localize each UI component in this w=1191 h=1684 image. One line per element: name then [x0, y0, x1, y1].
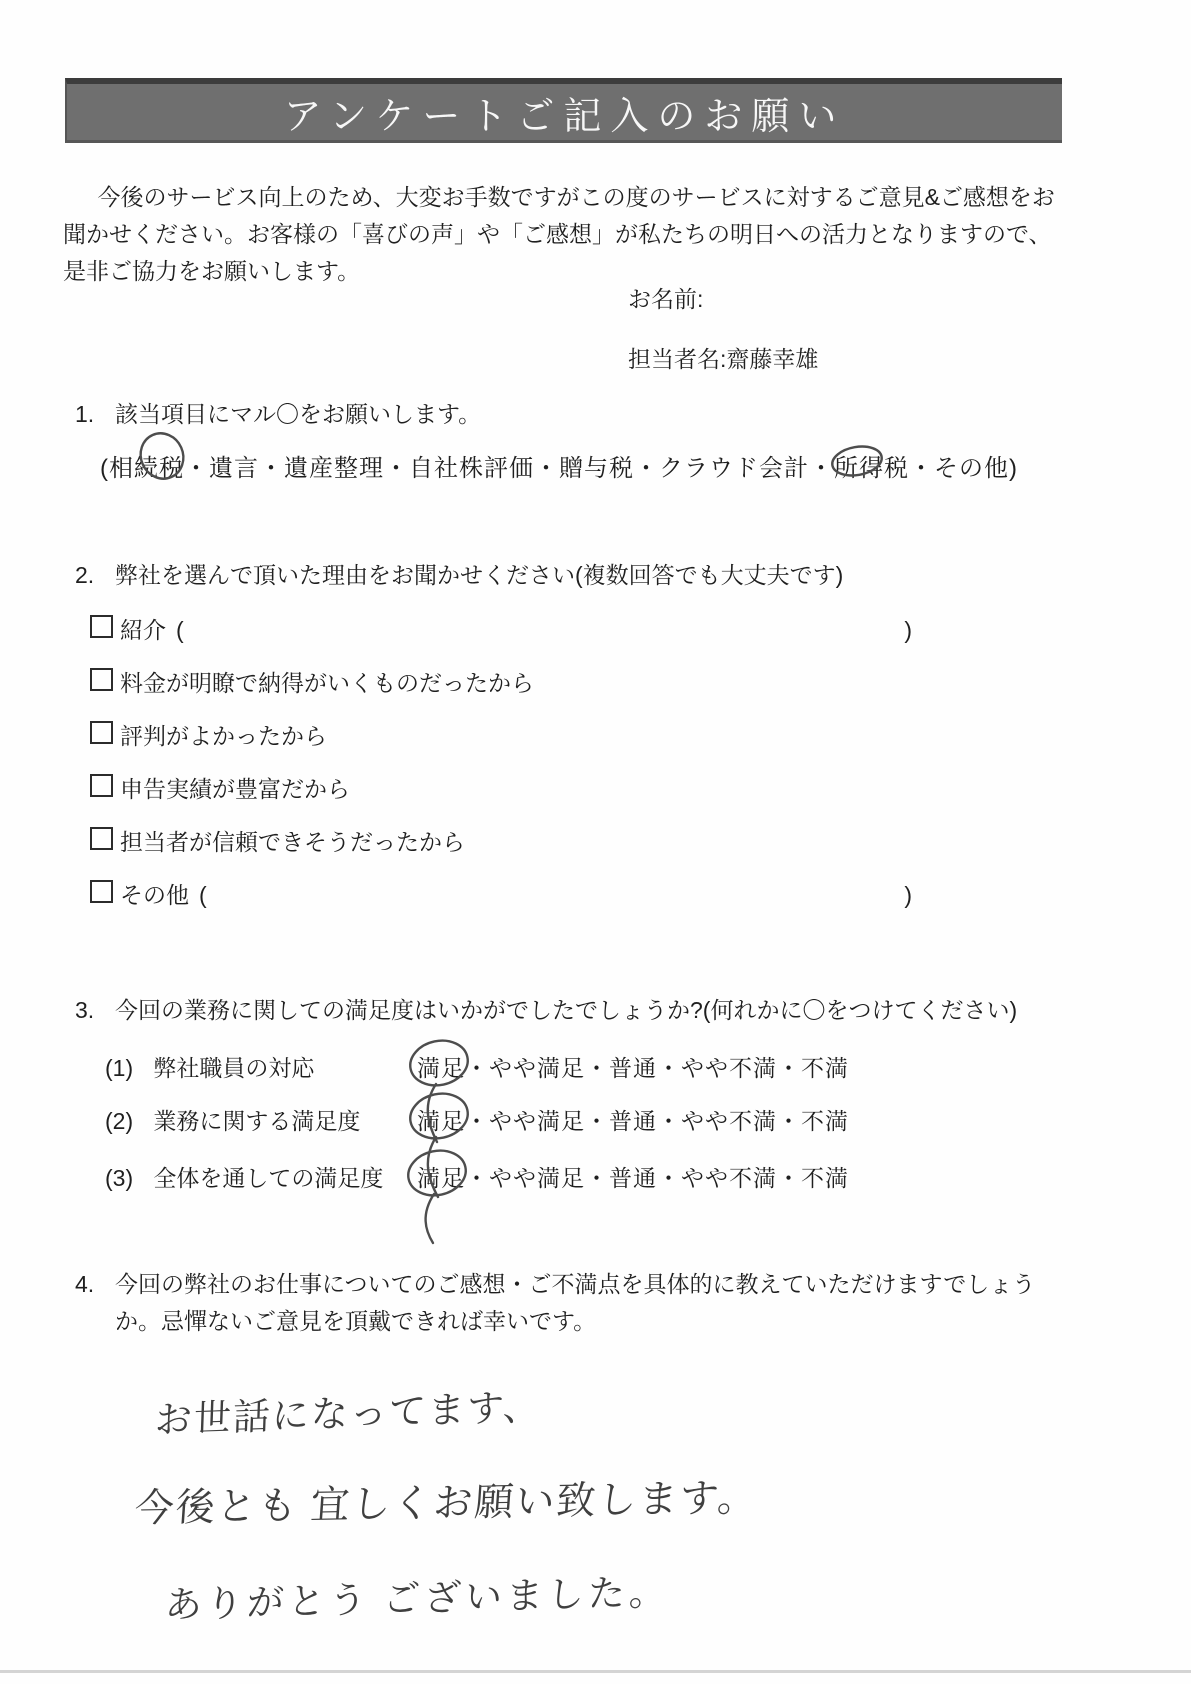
title-banner: アンケートご記入のお願い [65, 78, 1062, 143]
checkbox [90, 721, 113, 744]
staff-name-field: 担当者名:齋藤幸雄 [628, 341, 818, 374]
checkbox [90, 827, 113, 850]
checklist-item-label: 紹介 [120, 612, 166, 645]
paren-close: ) [904, 882, 912, 909]
rating-row-label: 弊社職員の対応 [153, 1055, 314, 1081]
rating-row-overall-satisfaction: (3) 全体を通しての満足度 満足・やや満足・普通・やや不満・不満 [105, 1160, 1005, 1213]
rating-options: 満足・やや満足・普通・やや不満・不満 [417, 1160, 849, 1193]
question-1-options: (相続税・遺言・遺産整理・自社株評価・贈与税・クラウド会計・所得税・その他) [100, 448, 1018, 483]
question-4-header: 4. 今回の弊社のお仕事についてのご感想・ご不満点を具体的に教えていただけますで… [75, 1266, 1060, 1340]
paren-open: ( [176, 617, 184, 644]
handwritten-comment-line-1: お世話になってます、 [154, 1376, 543, 1444]
question-1-title: 該当項目にマル〇をお願いします。 [115, 396, 1060, 433]
rating-row-number: (1) [105, 1055, 147, 1082]
question-3-header: 3. 今回の業務に関しての満足度はいかがでしたでしょうか?(何れかに〇をつけてく… [75, 992, 1060, 1029]
question-2-number: 2. [75, 557, 115, 594]
checklist-item-label: 料金が明瞭で納得がいくものだったから [120, 665, 534, 698]
question-2-header: 2. 弊社を選んで頂いた理由をお聞かせください(複数回答でも大丈夫です) [75, 557, 1060, 594]
checklist-item-clear-pricing: 料金が明瞭で納得がいくものだったから [90, 665, 912, 718]
handwritten-comment-line-3: ありがとう ございました。 [164, 1561, 671, 1628]
staff-name-label: 担当者名: [628, 346, 726, 372]
checklist-item-label: その他 [120, 877, 189, 910]
checklist-item-label: 担当者が信頼できそうだったから [120, 824, 465, 857]
rating-row-label: 業務に関する満足度 [153, 1108, 360, 1134]
checkbox [90, 668, 113, 691]
question-3-number: 3. [75, 992, 115, 1029]
rating-row-staff-response: (1) 弊社職員の対応 満足・やや満足・普通・やや不満・不満 [105, 1050, 1005, 1103]
question-1-header: 1. 該当項目にマル〇をお願いします。 [75, 396, 1060, 433]
rating-row-number: (3) [105, 1165, 147, 1192]
checkbox [90, 880, 113, 903]
customer-name-label: お名前: [628, 286, 703, 312]
question-4-title: 今回の弊社のお仕事についてのご感想・ご不満点を具体的に教えていただけますでしょう… [115, 1266, 1060, 1340]
intro-paragraph: 今後のサービス向上のため、大変お手数ですがこの度のサービスに対するご意見&ご感想… [63, 179, 1063, 290]
scan-bottom-edge [0, 1670, 1191, 1673]
question-3-title: 今回の業務に関しての満足度はいかがでしたでしょうか?(何れかに〇をつけてください… [115, 992, 1060, 1029]
staff-name-value: 齋藤幸雄 [726, 346, 818, 372]
handwritten-comment-line-2: 今後とも 宜しくお願い致します。 [133, 1467, 760, 1534]
rating-row-label: 全体を通しての満足度 [153, 1165, 383, 1191]
rating-row-service-satisfaction: (2) 業務に関する満足度 満足・やや満足・普通・やや不満・不満 [105, 1103, 1005, 1160]
page-title: アンケートご記入のお願い [284, 85, 846, 140]
paren-open: ( [199, 882, 207, 909]
question-1-number: 1. [75, 396, 115, 433]
checkbox [90, 615, 113, 638]
scanned-survey-form: アンケートご記入のお願い 今後のサービス向上のため、大変お手数ですがこの度のサー… [0, 0, 1191, 1684]
checklist-item-label: 評判がよかったから [120, 718, 327, 751]
checklist-item-filing-track-record: 申告実績が豊富だから [90, 771, 912, 824]
rating-options: 満足・やや満足・普通・やや不満・不満 [417, 1103, 849, 1136]
checklist-item-trustworthy-staff: 担当者が信頼できそうだったから [90, 824, 912, 877]
checklist-item-good-reputation: 評判がよかったから [90, 718, 912, 771]
checkbox [90, 774, 113, 797]
rating-row-number: (2) [105, 1108, 147, 1135]
checklist-item-referral: 紹介 ( ) [90, 612, 912, 665]
checklist-item-label: 申告実績が豊富だから [120, 771, 350, 804]
question-2-title: 弊社を選んで頂いた理由をお聞かせください(複数回答でも大丈夫です) [115, 557, 1060, 594]
rating-options: 満足・やや満足・普通・やや不満・不満 [417, 1050, 849, 1083]
paren-close: ) [904, 617, 912, 644]
question-2-checklist: 紹介 ( ) 料金が明瞭で納得がいくものだったから 評判がよかったから 申告実績… [90, 612, 912, 930]
checklist-item-other: その他 ( ) [90, 877, 912, 930]
customer-name-field: お名前: [628, 281, 703, 314]
question-4-number: 4. [75, 1266, 115, 1340]
question-3-rating-rows: (1) 弊社職員の対応 満足・やや満足・普通・やや不満・不満 (2) 業務に関す… [105, 1050, 1005, 1213]
